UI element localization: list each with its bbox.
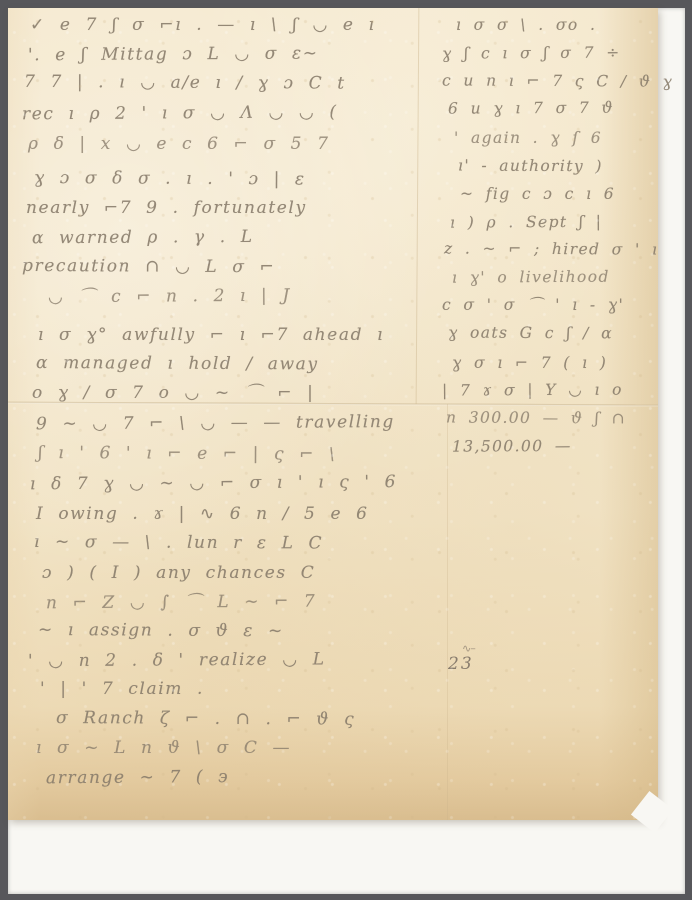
handwriting-line: ✓ e 7 ʃ σ ⌐ı . — ı \ ʃ ◡ e ı xyxy=(30,11,436,40)
handwriting-line: | 7 ɤ σ | Y ◡ ı o xyxy=(442,377,656,406)
handwriting-line: ı σ ɣ° awfully ⌐ ı ⌐7 ahead ı xyxy=(38,321,436,350)
left-handwriting-column: ✓ e 7 ʃ σ ⌐ı . — ı \ ʃ ◡ e ı'. e ʃ Mitta… xyxy=(22,11,436,792)
handwriting-line: 13,500.00 — xyxy=(452,432,656,461)
handwriting-line: ı ~ σ — \ . lun r ε L C xyxy=(34,528,436,559)
handwriting-line: ı' - authority ) xyxy=(458,152,656,181)
paper-sheet: ✓ e 7 ʃ σ ⌐ı . — ı \ ʃ ◡ e ı'. e ʃ Mitta… xyxy=(8,8,658,820)
handwriting-line: ◡ ⌒ c ⌐ n . 2 ı | J xyxy=(48,281,436,313)
scanner-backing: ✓ e 7 ʃ σ ⌐ı . — ı \ ʃ ◡ e ı'. e ʃ Mitta… xyxy=(8,8,685,894)
handwriting-line: c u n ı ⌐ 7 ς C / ϑ ɣ xyxy=(442,67,656,96)
handwriting-line: nearly ⌐7 9 . fortunately xyxy=(26,194,436,223)
handwriting-line: n ⌐ Z ◡ ∫ ⌒ L ~ ⌐ 7 xyxy=(46,587,436,619)
handwriting-line: ' ◡ n 2 . δ ' realize ◡ L xyxy=(28,645,436,677)
handwriting-line: z . ~ ⌐ ; hired σ ' ı xyxy=(444,236,656,265)
handwriting-line: precaution ∩ ◡ L σ ⌐ xyxy=(22,252,436,283)
handwriting-line: n 300.00 — ϑ ʃ ∩ xyxy=(446,405,656,434)
handwriting-line: ı ) ρ . Sept ʃ | xyxy=(450,208,656,237)
handwriting-line: α warned ρ . γ . L xyxy=(32,222,436,254)
page-number: 23 xyxy=(448,654,475,674)
handwriting-line: '. e ʃ Mittag ɔ L ◡ σ ε~ xyxy=(28,39,436,71)
handwriting-line: ʃ ı ' 6 ' ı ⌐ e ⌐ | ς ⌐ \ xyxy=(38,439,436,470)
handwriting-line: ρ δ | x ◡ e c 6 ⌐ σ 5 7 xyxy=(28,130,436,159)
handwriting-line: ο ɣ / σ 7 ο ◡ ~ ⌒ ⌐ | xyxy=(32,379,436,408)
handwriting-line: ɔ ) ( I ) any chances C xyxy=(42,559,436,588)
corner-notch xyxy=(631,791,673,833)
handwriting-line: ɣ ɔ σ δ σ . ı . ' ɔ | ε xyxy=(34,164,436,195)
handwriting-line: ɣ oats G c ʃ / α xyxy=(448,319,656,348)
scanned-page: ✓ e 7 ʃ σ ⌐ı . — ı \ ʃ ◡ e ı'. e ʃ Mitta… xyxy=(0,0,692,900)
handwriting-line: rec ı ρ 2 ' ı σ ◡ Λ ◡ ◡ ( xyxy=(22,97,436,129)
handwriting-line: 6 u ɣ ı 7 σ 7 ϑ xyxy=(448,95,656,124)
handwriting-line: ' again . ɣ ſ 6 xyxy=(454,125,656,153)
handwriting-line: ı ɣ' o livelihood xyxy=(452,264,656,293)
right-handwriting-column: ı σ σ \ . σo .ɣ ʃ c ı σ ʃ σ 7 ÷c u n ı ⌐… xyxy=(442,12,656,461)
handwriting-line: α managed ı hold / away xyxy=(36,349,436,380)
handwriting-line: ~ fig c ɔ c ı 6 xyxy=(460,181,656,209)
handwriting-line: I owing . ɤ | ∿ 6 n / 5 e 6 xyxy=(36,500,436,529)
handwriting-line: ɣ σ ı ⌐ 7 ( ı ) xyxy=(452,350,656,378)
handwriting-line: arrange ~ 7 ( ϶ xyxy=(46,762,436,794)
handwriting-line: ı σ ~ L n ϑ \ σ C — xyxy=(36,734,436,763)
handwriting-line: 9 ~ ◡ 7 ⌐ \ ◡ — — travelling xyxy=(36,407,436,439)
scribble-mark: ∿– xyxy=(462,644,475,654)
handwriting-line: ~ ı assign . σ ϑ ε ~ xyxy=(38,616,436,647)
vertical-fold-crease-lower xyxy=(447,404,448,820)
handwriting-line: ı σ σ \ . σo . xyxy=(456,12,656,40)
handwriting-line: c σ ' σ ⌒ ' ı - ɣ' xyxy=(442,292,656,320)
page-number-block: ∿– 23 xyxy=(448,644,475,674)
handwriting-line: σ Ranch ζ ⌐ . ∩ . ⌐ ϑ ς xyxy=(56,704,436,735)
handwriting-line: 7 7 | . ı ◡ a/e ı / ɣ ɔ C t xyxy=(24,68,436,99)
handwriting-line: ' | ' 7 claim . xyxy=(40,675,436,704)
handwriting-line: ı δ 7 ɣ ◡ ~ ◡ ⌐ σ ı ' ı ς ' 6 xyxy=(30,468,436,500)
handwriting-line: ɣ ʃ c ı σ ʃ σ 7 ÷ xyxy=(442,39,656,68)
